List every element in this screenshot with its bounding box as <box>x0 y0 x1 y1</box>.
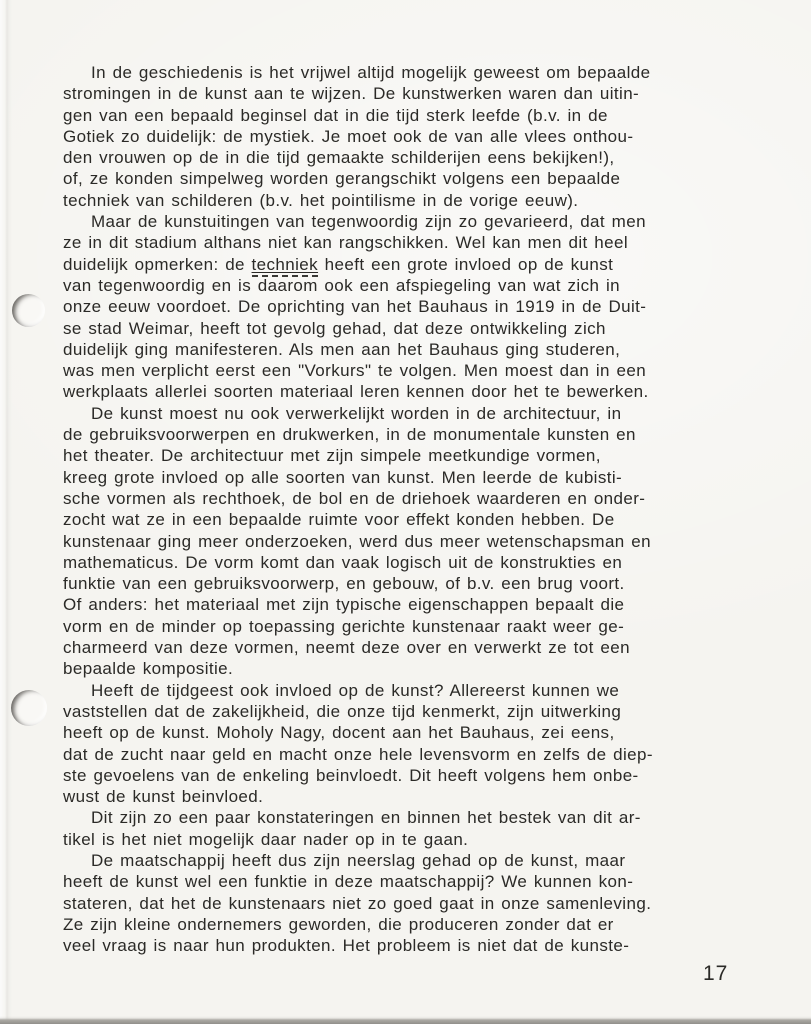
punch-hole-bottom <box>11 690 47 726</box>
text-block: In de geschiedenis is het vrijwel altijd… <box>63 62 755 956</box>
paragraph-5: Dit zijn zo een paar konstateringen en b… <box>63 807 755 850</box>
paragraph-4: Heeft de tijdgeest ook invloed op de kun… <box>63 680 755 808</box>
page-number: 17 <box>703 962 728 986</box>
paragraph-6: De maatschappij heeft dus zijn neerslag … <box>63 850 755 956</box>
scanned-document-page: In de geschiedenis is het vrijwel altijd… <box>0 0 811 1024</box>
bottom-scan-edge <box>0 1016 811 1024</box>
paragraph-2: Maar de kunstuitingen van tegenwoordig z… <box>63 211 755 403</box>
punch-hole-top <box>12 294 45 327</box>
paragraph-3: De kunst moest nu ook verwerkelijkt word… <box>63 403 755 680</box>
underlined-word: techniek <box>252 255 319 277</box>
left-paper-edge <box>0 0 12 1024</box>
paragraph-1: In de geschiedenis is het vrijwel altijd… <box>63 62 755 211</box>
